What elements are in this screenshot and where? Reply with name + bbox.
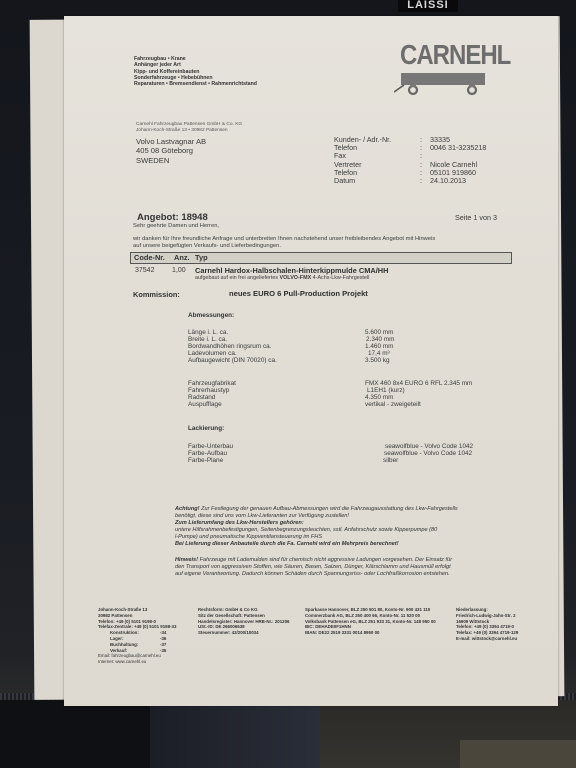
offer-title: Angebot: 18948 xyxy=(137,212,208,223)
footer-website: Internet: www.carnehl.eu xyxy=(98,659,176,665)
background-object xyxy=(460,740,576,768)
recipient-address: Volvo Lastvagnar AB 405 08 Göteborg SWED… xyxy=(136,137,206,165)
abmessungen-labels: Länge i. L. ca. Breite i. L. ca. Bordwan… xyxy=(188,329,277,364)
background-fabric xyxy=(150,700,320,768)
footer-legal: Rechtsform: GmbH & Co KG Sitz der Gesell… xyxy=(198,607,290,636)
trailer-icon xyxy=(394,40,489,100)
item-qty: 1,00 xyxy=(172,267,186,274)
fahrzeug-values: FMX 460 8x4 EURO 6 RFL 2.345 mm L1EH1 (k… xyxy=(365,380,472,408)
footer-bank: Sparkasse Hannover, BLZ 250 501 80, Kont… xyxy=(305,607,436,636)
footer-contact: Johann-Koch-Straße 13 30982 Pattensen Te… xyxy=(98,607,176,665)
item-code: 37542 xyxy=(135,267,154,274)
intro-text: wir danken für Ihre freundliche Anfrage … xyxy=(133,236,435,250)
brand-tag: LAISSI xyxy=(398,0,458,12)
kommission-label: Kommission: xyxy=(133,290,180,299)
item-title: Carnehl Hardox-Halbschalen-Hinterkippmul… xyxy=(195,266,388,275)
company-tagline: Fahrzeugbau • Krane Anhänger jeder Art K… xyxy=(134,56,257,87)
recipient-city: 405 08 Göteborg xyxy=(136,146,206,155)
footer-branch: Niederlassung: Friedrich-Ludwig-Jahn-Str… xyxy=(456,607,518,642)
lackierung-labels: Farbe-Unterbau Farbe-Aufbau Farbe-Plane xyxy=(188,443,233,464)
lackierung-values: seawolfblue - Volvo Code 1042 seawolfblu… xyxy=(385,443,473,464)
section-heading-abmessungen: Abmessungen: xyxy=(188,312,234,319)
fahrzeug-labels: Fahrzeugfabrikat Fahrerhaustyp Radstand … xyxy=(188,380,236,408)
recipient-company: Volvo Lastvagnar AB xyxy=(136,137,206,146)
page-number: Seite 1 von 3 xyxy=(455,213,497,222)
abmessungen-values: 5.600 mm 2.340 mm 1.460 mm 17,4 m³ 3.500… xyxy=(365,329,394,364)
meta-row: Telefon:0046 31-3235218 xyxy=(334,144,486,152)
table-header: Code-Nr. Anz. Typ xyxy=(130,252,512,264)
header-qty: Anz. xyxy=(174,253,190,263)
header-code: Code-Nr. xyxy=(134,253,165,263)
salutation: Sehr geehrte Damen und Herren, xyxy=(133,223,219,229)
header-type: Typ xyxy=(195,253,208,263)
company-logo: CARNEHL xyxy=(394,40,489,100)
sender-return-address: Carnehl Fahrzeugbau Pattensen GmbH & Co.… xyxy=(136,122,242,134)
hinweis-note: Hinweis! Fahrzeuge mit Lademulden sind f… xyxy=(175,557,452,578)
achtung-note: Achtung! Zur Festlegung der genauen Aufb… xyxy=(175,506,458,548)
item-subtitle: aufgebaut auf ein frei angeliefertes VOL… xyxy=(195,275,369,281)
offer-document: Fahrzeugbau • Krane Anhänger jeder Art K… xyxy=(64,16,558,706)
recipient-country: SWEDEN xyxy=(136,156,206,165)
section-heading-lackierung: Lackierung: xyxy=(188,425,224,432)
meta-row: Datum:24.10.2013 xyxy=(334,177,486,185)
kommission-value: neues EURO 6 Pull-Production Projekt xyxy=(229,289,368,298)
document-meta: Kunden- / Adr.-Nr.:33335 Telefon:0046 31… xyxy=(334,136,486,185)
